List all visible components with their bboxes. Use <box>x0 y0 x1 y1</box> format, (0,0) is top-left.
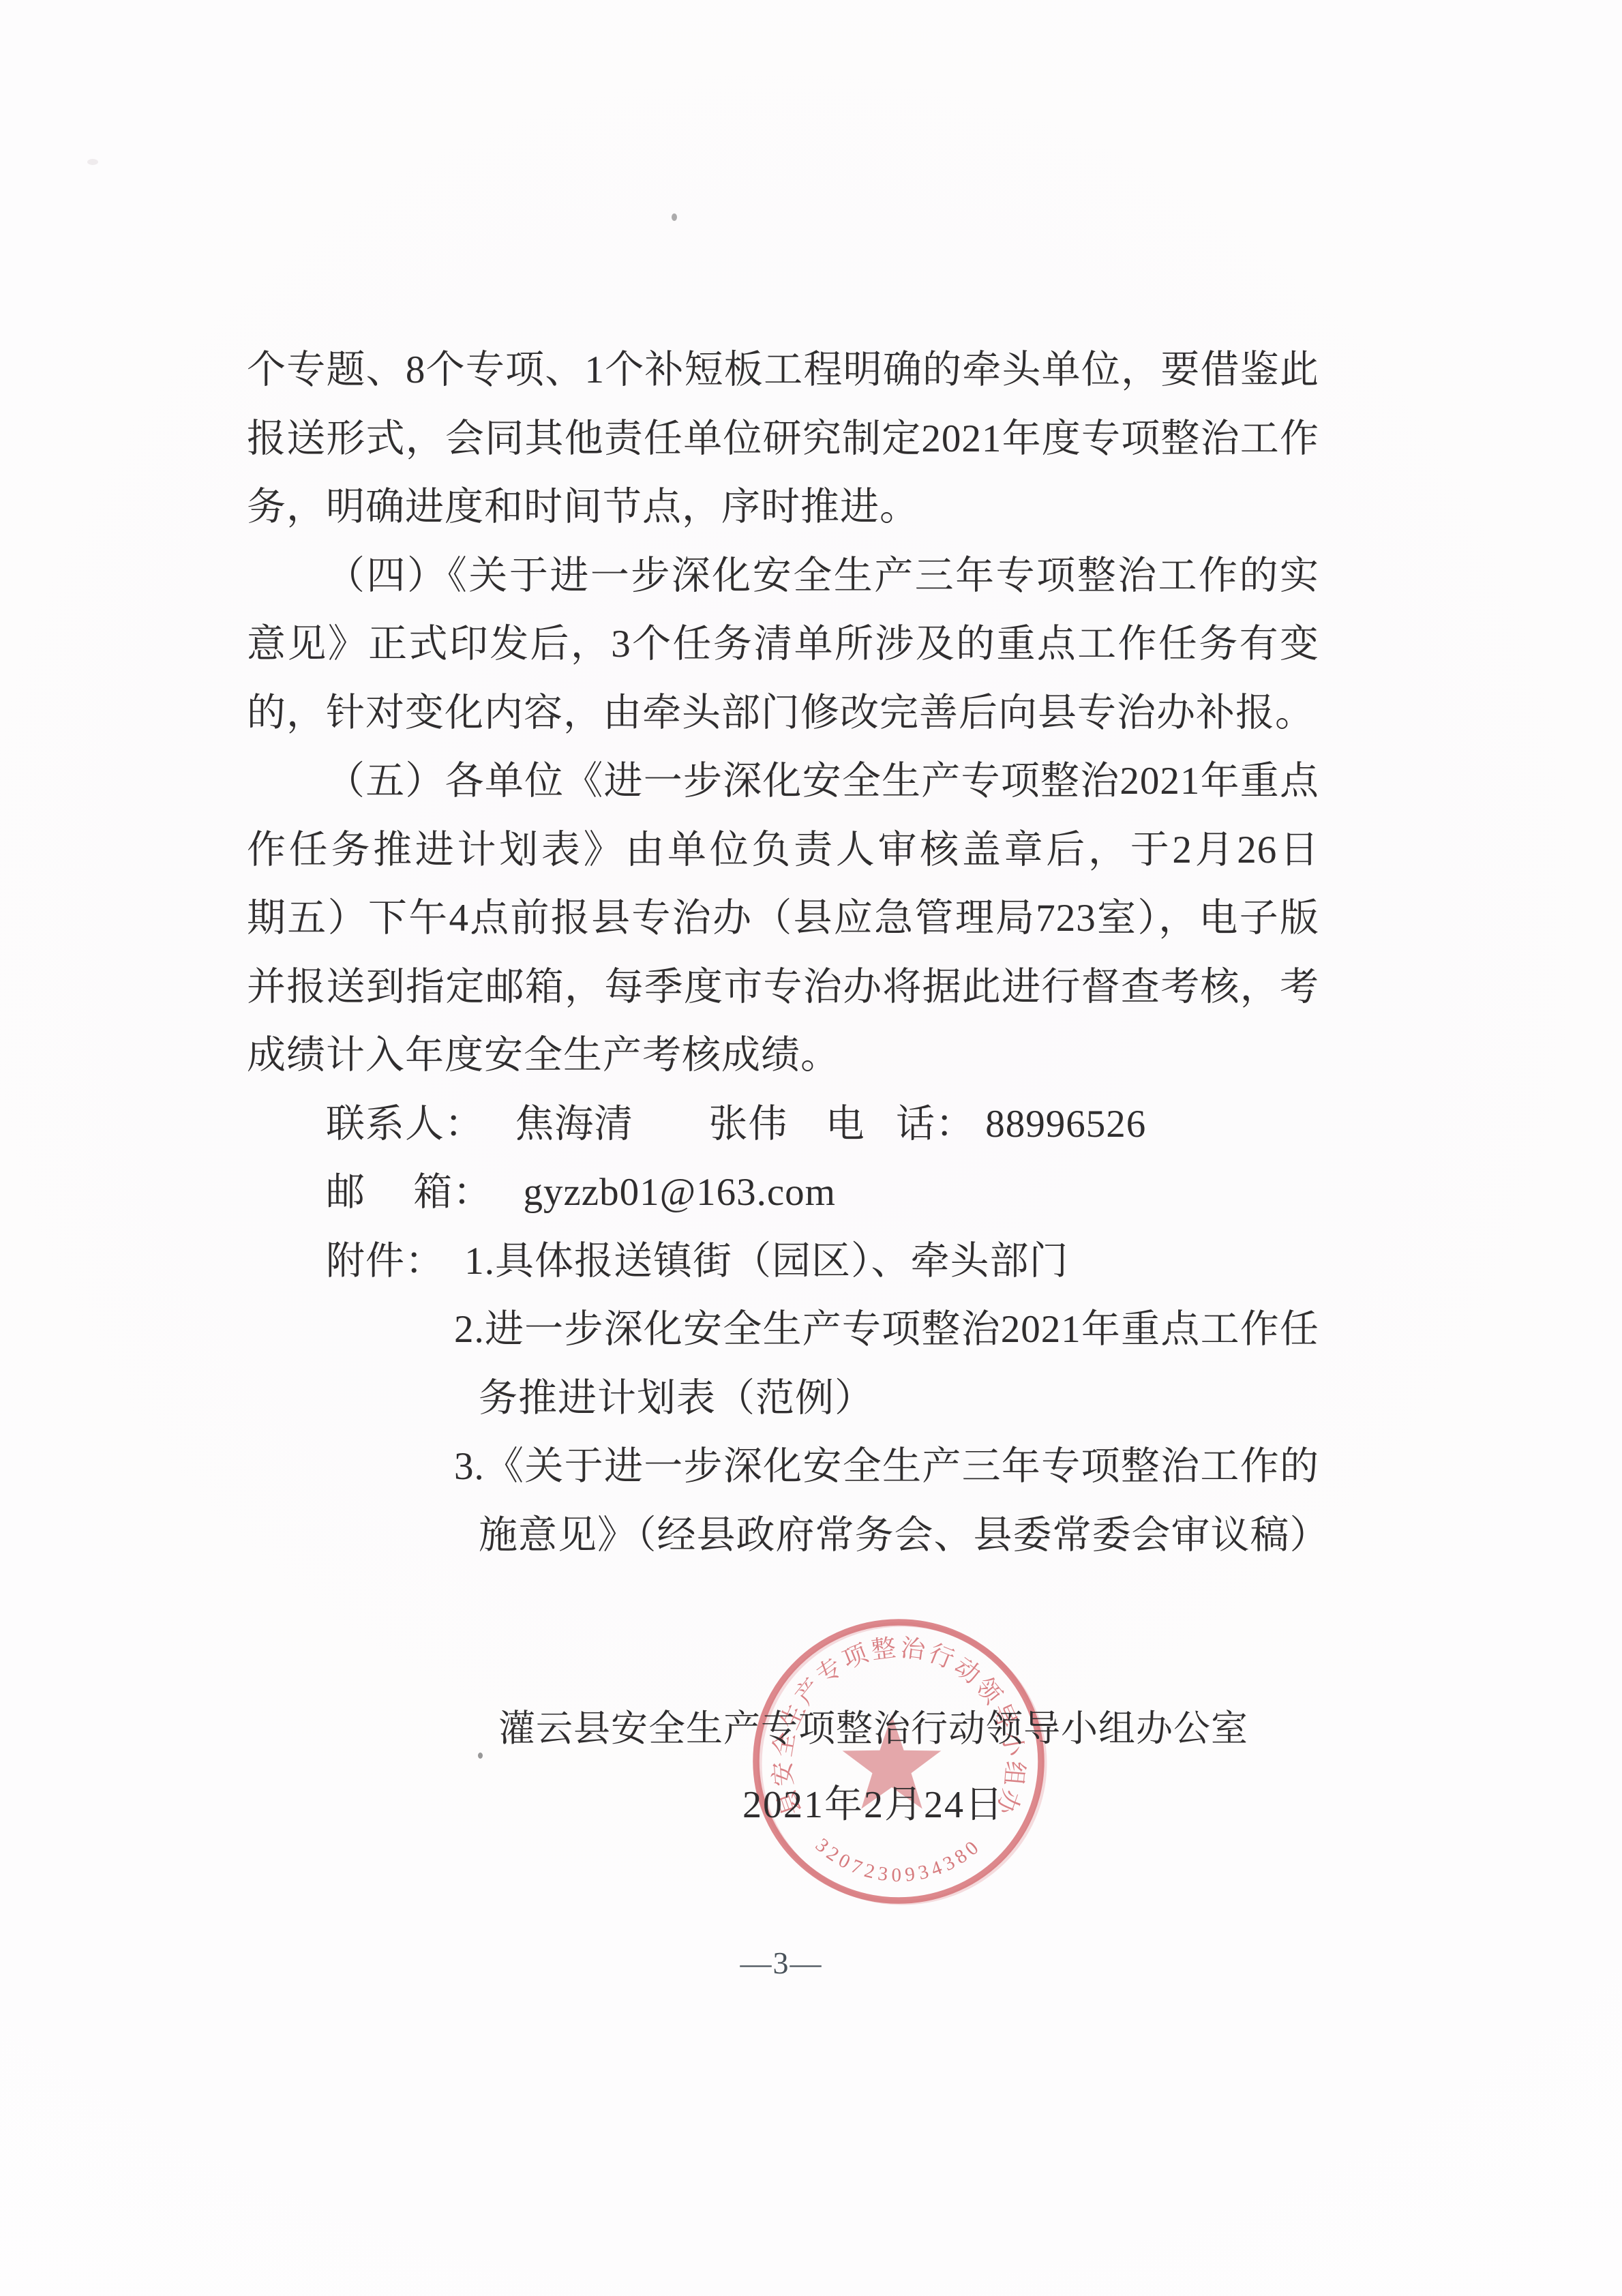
contact-name-1: 焦海清 <box>515 1103 633 1146</box>
attachment-item-1: 1.具体报送镇街（园区）、牵头部门 <box>464 1240 1068 1283</box>
contact-line: 联系人： 焦海清 张伟 电 话： 88996526 <box>247 1090 1319 1159</box>
signature-block: 灌云县安全生产专项整治行动领导小组办公室 2021年2月24日 <box>437 1708 1310 1825</box>
body-line: 并报送到指定邮箱，每季度市专治办将据此进行督查考核，考核 <box>247 953 1319 1022</box>
body-line-para-four-start: （四）《关于进一步深化安全生产三年专项整治工作的实施 <box>247 542 1319 611</box>
contact-name-2: 张伟 <box>709 1103 788 1146</box>
body-line-para-five-start: （五）各单位《进一步深化安全生产专项整治2021年重点工 <box>247 747 1319 816</box>
document-page: 个专题、8个专项、1个补短板工程明确的牵头单位，要借鉴此次 报送形式，会同其他责… <box>0 0 1622 2296</box>
signature-date: 2021年2月24日 <box>437 1785 1310 1825</box>
body-line: 成绩计入年度安全生产考核成绩。 <box>247 1022 1319 1090</box>
email-value: gyzzb01@163.com <box>524 1171 836 1214</box>
body-line: 报送形式，会同其他责任单位研究制定2021年度专项整治工作任 <box>247 405 1319 474</box>
body-line: 个专题、8个专项、1个补短板工程明确的牵头单位，要借鉴此次 <box>247 336 1319 405</box>
body-line: 的，针对变化内容，由牵头部门修改完善后向县专治办补报。 <box>247 679 1319 748</box>
svg-text:3207230934380: 3207230934380 <box>811 1834 986 1886</box>
attachment-item-3: 3.《关于进一步深化安全生产三年专项整治工作的实 <box>247 1433 1319 1502</box>
attachment-item-3-continuation: 施意见》（经县政府常务会、县委常委会审议稿） <box>247 1502 1319 1570</box>
scan-smudge <box>87 159 98 165</box>
body-line: 期五）下午4点前报县专治办（县应急管理局723室），电子版一 <box>247 884 1319 953</box>
body-line: 意见》正式印发后，3个任务清单所涉及的重点工作任务有变化 <box>247 610 1319 679</box>
attachment-item-2-continuation: 务推进计划表（范例） <box>247 1365 1319 1433</box>
email-label: 邮 箱： <box>326 1171 492 1214</box>
contact-label: 联系人： <box>326 1103 484 1146</box>
phone-label: 电 话： <box>826 1103 975 1146</box>
attachment-item-2: 2.进一步深化安全生产专项整治2021年重点工作任 <box>247 1296 1319 1365</box>
attachments-line: 附件： 1.具体报送镇街（园区）、牵头部门 <box>247 1227 1319 1296</box>
signature-organization: 灌云县安全生产专项整治行动领导小组办公室 <box>437 1708 1310 1749</box>
page-number: —3— <box>713 1945 850 1981</box>
body-line: 务，明确进度和时间节点，序时推进。 <box>247 473 1319 542</box>
attachments-label: 附件： <box>326 1227 454 1296</box>
email-line: 邮 箱： gyzzb01@163.com <box>247 1159 1319 1227</box>
scan-noise-dot <box>672 213 677 221</box>
phone-number: 88996526 <box>985 1103 1146 1146</box>
body-line: 作任务推进计划表》由单位负责人审核盖章后，于2月26日（星 <box>247 816 1319 885</box>
body-text-block: 个专题、8个专项、1个补短板工程明确的牵头单位，要借鉴此次 报送形式，会同其他责… <box>247 336 1319 1570</box>
stamp-serial-number: 3207230934380 <box>811 1834 986 1886</box>
